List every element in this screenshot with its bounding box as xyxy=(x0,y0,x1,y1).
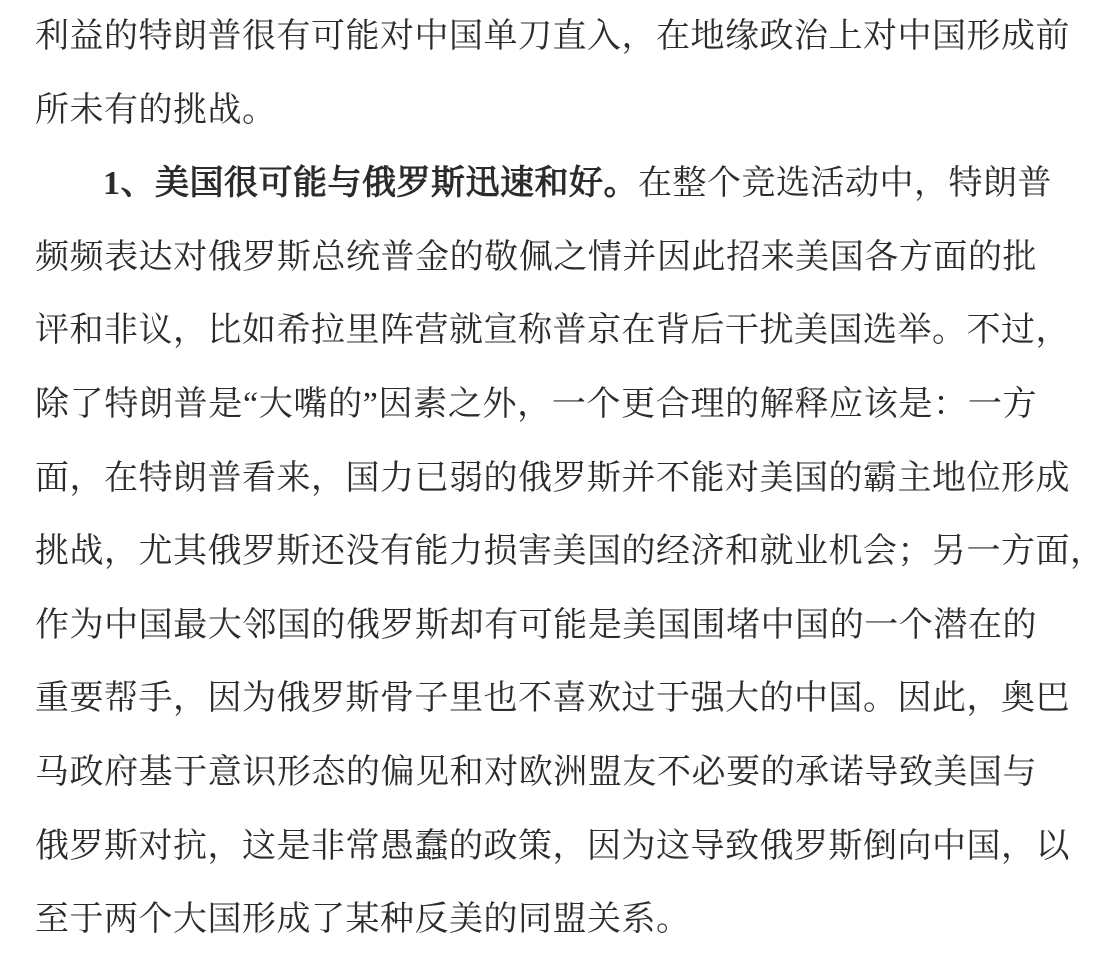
paragraph1-line-1: 利益的特朗普很有可能对中国单刀直入，在地缘政治上对中国形成前 xyxy=(35,0,1037,74)
paragraph1-line-2: 所未有的挑战。 xyxy=(35,74,1037,148)
section-heading: 1、美国很可能与俄罗斯迅速和好。 xyxy=(103,165,638,202)
paragraph2-line-11: 至于两个大国形成了某种反美的同盟关系。 xyxy=(35,883,1037,957)
paragraph2-opening-text: 在整个竞选活动中，特朗普 xyxy=(638,165,1052,202)
paragraph2-line-3: 评和非议，比如希拉里阵营就宣称普京在背后干扰美国选举。不过， xyxy=(35,294,1037,368)
paragraph2-heading-line: 1、美国很可能与俄罗斯迅速和好。在整个竞选活动中，特朗普 xyxy=(35,147,1037,221)
document-page: 利益的特朗普很有可能对中国单刀直入，在地缘政治上对中国形成前 所未有的挑战。 1… xyxy=(0,0,1104,958)
paragraph2-line-10: 俄罗斯对抗，这是非常愚蠢的政策，因为这导致俄罗斯倒向中国，以 xyxy=(35,810,1037,884)
paragraph2-line-4: 除了特朗普是“大嘴的”因素之外，一个更合理的解释应该是：一方 xyxy=(35,368,1037,442)
paragraph2-line-2: 频频表达对俄罗斯总统普金的敬佩之情并因此招来美国各方面的批 xyxy=(35,221,1037,295)
paragraph2-line-8: 重要帮手，因为俄罗斯骨子里也不喜欢过于强大的中国。因此，奥巴 xyxy=(35,662,1037,736)
paragraph2-line-5: 面，在特朗普看来，国力已弱的俄罗斯并不能对美国的霸主地位形成 xyxy=(35,442,1037,516)
text-block: 利益的特朗普很有可能对中国单刀直入，在地缘政治上对中国形成前 所未有的挑战。 1… xyxy=(35,0,1037,957)
paragraph2-line-7: 作为中国最大邻国的俄罗斯却有可能是美国围堵中国的一个潜在的 xyxy=(35,589,1037,663)
paragraph2-line-6: 挑战，尤其俄罗斯还没有能力损害美国的经济和就业机会；另一方面， xyxy=(35,515,1037,589)
paragraph2-line-9: 马政府基于意识形态的偏见和对欧洲盟友不必要的承诺导致美国与 xyxy=(35,736,1037,810)
